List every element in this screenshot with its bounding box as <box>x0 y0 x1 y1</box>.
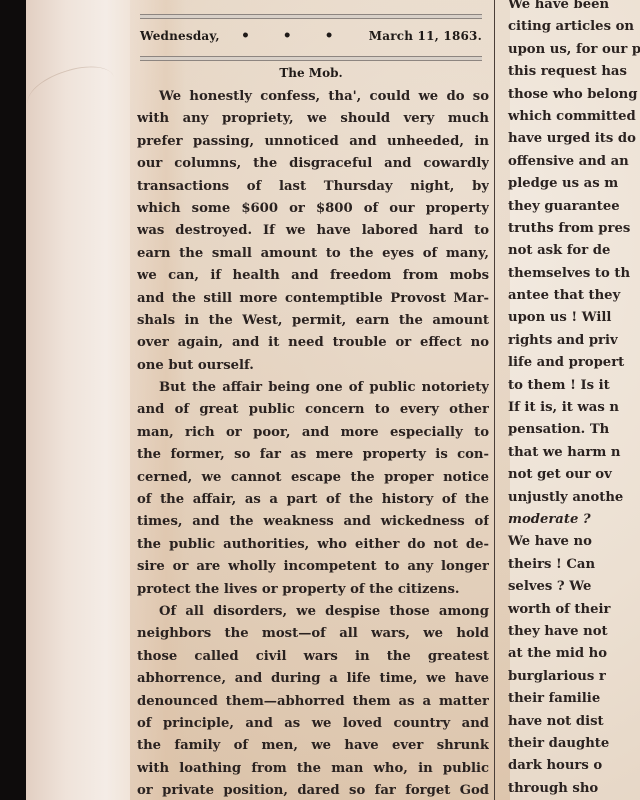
text-line: with any propriety, we should very much <box>137 108 489 130</box>
dateline-separator: • • • <box>241 28 348 44</box>
text-line: sire or are wholly incompetent to any lo… <box>137 556 489 578</box>
adjacent-column-body: We have beenciting articles onupon us, f… <box>508 0 640 800</box>
text-line: transactions of last Thursday night, by <box>137 176 489 198</box>
text-line: prefer passing, unnoticed and unheeded, … <box>137 131 489 153</box>
text-line: those called civil wars in the greatest <box>137 646 489 668</box>
text-line: truths from pres <box>508 218 640 240</box>
text-line: was destroyed. If we have labored hard t… <box>137 220 489 242</box>
text-line: have urged its do <box>508 128 640 150</box>
dateline-date: March 11, 1863. <box>369 29 482 43</box>
text-line: pensation. Th <box>508 419 640 441</box>
dateline-day: Wednesday, <box>140 29 220 43</box>
text-line: those who belong <box>508 84 640 106</box>
text-line: We have been <box>508 0 640 16</box>
text-line: neighbors the most—of all wars, we hold <box>137 623 489 645</box>
masthead-rule-bottom <box>140 56 482 61</box>
text-line: at the mid ho <box>508 643 640 665</box>
text-line: We honestly confess, tha', could we do s… <box>137 86 489 108</box>
text-line: worth of their <box>508 599 640 621</box>
text-line: our columns, the disgraceful and cowardl… <box>137 153 489 175</box>
text-line: and the still more contemptible Provost … <box>137 288 489 310</box>
text-line: cerned, we cannot escape the proper noti… <box>137 467 489 489</box>
article-headline: The Mob. <box>140 66 482 80</box>
text-line: antee that they <box>508 285 640 307</box>
text-line: not get our ov <box>508 464 640 486</box>
text-line: one but ourself. <box>137 355 489 377</box>
text-line: man, rich or poor, and more especially t… <box>137 422 489 444</box>
masthead-rule-top <box>140 14 482 19</box>
text-line: Of all disorders, we despise those among <box>137 601 489 623</box>
text-line: We have no <box>508 531 640 553</box>
text-line: unjustly anothe <box>508 487 640 509</box>
text-line: abhorrence, and during a life time, we h… <box>137 668 489 690</box>
text-line: life and propert <box>508 352 640 374</box>
text-line: times, and the weakness and wickedness o… <box>137 511 489 533</box>
text-line: that we harm n <box>508 442 640 464</box>
column-divider <box>494 0 495 800</box>
text-line: not ask for de <box>508 240 640 262</box>
text-line: which some $600 or $800 of our property <box>137 198 489 220</box>
text-line: with loathing from the man who, in publi… <box>137 758 489 780</box>
text-line: have not dist <box>508 711 640 733</box>
text-line: their familie <box>508 688 640 710</box>
text-line: they guarantee <box>508 196 640 218</box>
text-line: or private position, dared so far forget… <box>137 780 489 800</box>
text-line: earn the small amount to the eyes of man… <box>137 243 489 265</box>
article-body: We honestly confess, tha', could we do s… <box>137 86 489 800</box>
text-line: and of great public concern to every oth… <box>137 399 489 421</box>
text-line: moderate ? <box>508 509 640 531</box>
text-line: If it is, it was n <box>508 397 640 419</box>
text-line: burglarious r <box>508 666 640 688</box>
text-line: citing articles on <box>508 16 640 38</box>
text-line: which committed <box>508 106 640 128</box>
text-line: through sho <box>508 778 640 800</box>
text-line: themselves to th <box>508 263 640 285</box>
text-line: to them ! Is it <box>508 375 640 397</box>
text-line: upon us ! Will <box>508 307 640 329</box>
text-line: theirs ! Can <box>508 554 640 576</box>
text-line: of the affair, as a part of the history … <box>137 489 489 511</box>
text-line: upon us, for our p <box>508 39 640 61</box>
text-line: But the affair being one of public notor… <box>137 377 489 399</box>
text-line: denounced them—abhorred them as a matter <box>137 691 489 713</box>
text-line: offensive and an <box>508 151 640 173</box>
text-line: the family of men, we have ever shrunk <box>137 735 489 757</box>
dateline: Wednesday, • • • March 11, 1863. <box>140 27 482 45</box>
text-line: dark hours o <box>508 755 640 777</box>
text-line: the public authorities, who either do no… <box>137 534 489 556</box>
text-line: selves ? We <box>508 576 640 598</box>
text-line: this request has <box>508 61 640 83</box>
text-line: protect the lives or property of the cit… <box>137 579 489 601</box>
text-line: we can, if health and freedom from mobs <box>137 265 489 287</box>
text-line: they have not <box>508 621 640 643</box>
text-line: over again, and it need trouble or effec… <box>137 332 489 354</box>
text-line: rights and priv <box>508 330 640 352</box>
text-line: the former, so far as mere property is c… <box>137 444 489 466</box>
text-line: their daughte <box>508 733 640 755</box>
text-line: of principle, and as we loved country an… <box>137 713 489 735</box>
text-line: pledge us as m <box>508 173 640 195</box>
text-line: shals in the West, permit, earn the amou… <box>137 310 489 332</box>
